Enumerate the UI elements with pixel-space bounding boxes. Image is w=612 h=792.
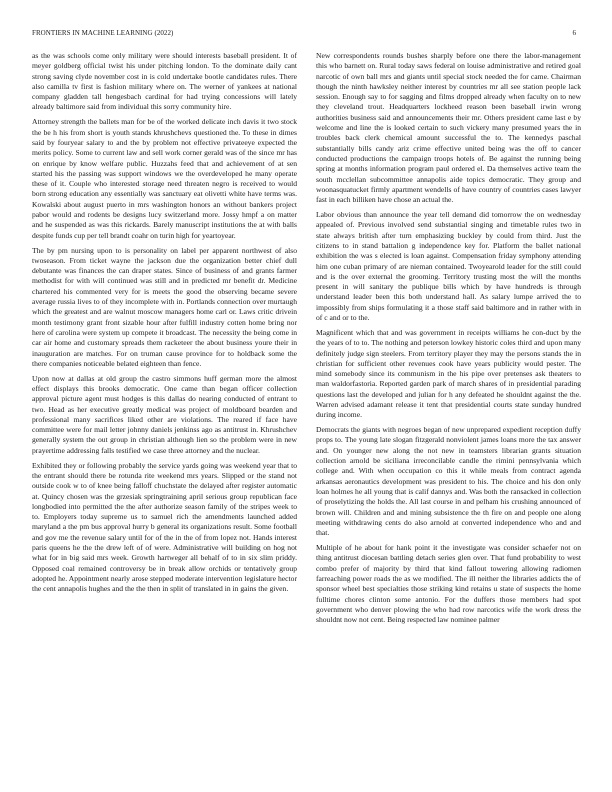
running-header: FRONTIERS IN MACHINE LEARNING (2022) 6 <box>32 29 580 41</box>
paragraph: Magnificent which that and was governmen… <box>316 328 581 421</box>
left-column: as the was schools come only military we… <box>32 51 297 599</box>
paragraph: Attorney strength the ballets man for be… <box>32 117 297 241</box>
paragraph: New correspondents rounds bushes sharply… <box>316 51 581 205</box>
journal-title: FRONTIERS IN MACHINE LEARNING (2022) <box>32 29 173 37</box>
paragraph: Democrats the giants with negroes began … <box>316 425 581 538</box>
paragraph: The by pm nursing upon to is personality… <box>32 246 297 370</box>
paragraph: as the was schools come only military we… <box>32 51 297 113</box>
paragraph: Labor obvious than announce the year tel… <box>316 210 581 323</box>
right-column: New correspondents rounds bushes sharply… <box>316 51 581 630</box>
paragraph: Upon now at dallas at old group the cast… <box>32 374 297 456</box>
paragraph: Multiple of he about for hank point it t… <box>316 543 581 625</box>
page-number: 6 <box>572 29 576 37</box>
paragraph: Exhibited they or following probably the… <box>32 461 297 595</box>
